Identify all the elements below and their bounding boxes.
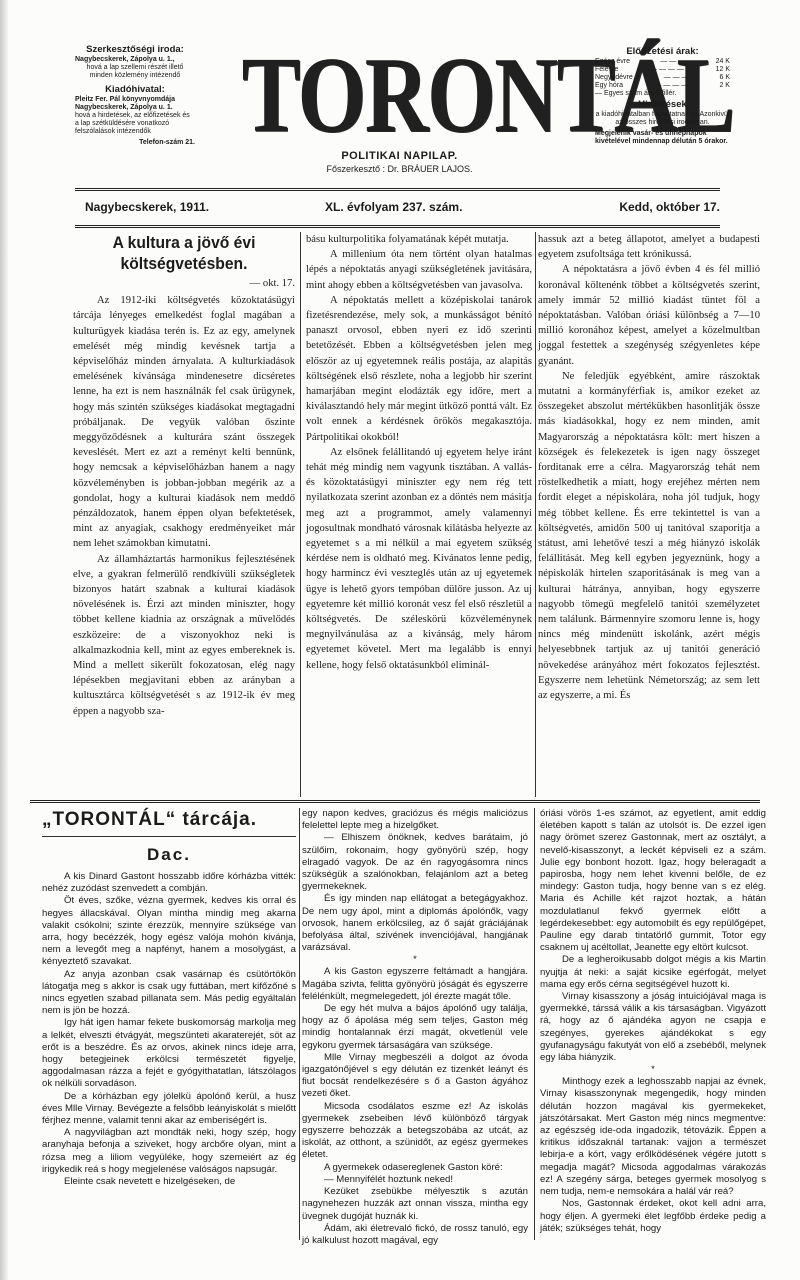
prices-heading: Előfizetési árak: [595, 45, 730, 58]
story-paragraph: Nos, Gastonnak érdeket, okot kell adni a… [540, 1198, 766, 1235]
masthead: Szerkesztőségi iroda: Nagybecskerek, Záp… [75, 40, 725, 185]
scene-separator: * [302, 954, 528, 966]
story-paragraph: A gyermekek odasereglenek Gaston köré: [302, 1162, 528, 1174]
publisher-address: Nagybecskerek, Zápolya u. 1. [75, 104, 195, 112]
feuilleton-heading: „TORONTÁL“ tárcája. [42, 808, 296, 837]
ads-heading: Hirdetések [595, 98, 730, 111]
article-paragraph: hassuk azt a beteg állapotot, amelyet a … [538, 232, 760, 262]
phone-number: Telefon-szám 21. [75, 139, 195, 147]
feuilleton-column-3: óriási vörös 1-es számot, az egyetlent, … [540, 808, 766, 1235]
story-paragraph: De egy hét mulva a bájos ápolónő ugy tal… [302, 1003, 528, 1052]
office-info-box: Szerkesztőségi iroda: Nagybecskerek, Záp… [75, 40, 195, 147]
editorial-office-note: hová a lap szellemi részét illető minden… [75, 64, 195, 80]
editor-in-chief: Főszerkesztő : Dr. BRÁUER LAJOS. [207, 164, 592, 174]
editorial-office-heading: Szerkesztőségi iroda: [75, 43, 195, 56]
price-row: Negyedévre— — —6 K [595, 74, 730, 82]
article-paragraph: Az elsőnek felállitandó uj egyetem helye… [306, 445, 532, 673]
article-column-2: básu kulturpolitika folyamatának képét m… [306, 232, 532, 673]
article-paragraph: A népoktatás mellett a középiskolai taná… [306, 293, 532, 445]
story-paragraph: Kezüket zsebükbe mélyesztik s azután nag… [302, 1186, 528, 1223]
scene-separator: * [540, 1064, 766, 1076]
article-paragraph: básu kulturpolitika folyamatának képét m… [306, 232, 532, 247]
column-divider [300, 232, 301, 797]
story-paragraph: Öt éves, szőke, vézna gyermek, kedves ki… [42, 895, 296, 968]
story-paragraph: — Elhiszem önöknek, kedves barátaim, jó … [302, 832, 528, 893]
story-title: Dac. [42, 843, 296, 867]
price-value: 12 K [716, 66, 730, 74]
price-label: Negyedévre [595, 74, 633, 82]
story-paragraph: óriási vörös 1-es számot, az egyetlent, … [540, 808, 766, 954]
price-leader: — — — [660, 58, 685, 66]
page-edge-shadow [0, 0, 8, 1280]
story-paragraph: És igy minden nap ellátogat a betegágyak… [302, 893, 528, 954]
story-paragraph: Eleinte csak nevetett e hizelgéseken, de [42, 1176, 296, 1188]
price-row: Félévre— — — —12 K [595, 66, 730, 74]
place-year: Nagybecskerek, 1911. [85, 200, 209, 214]
feuilleton-column-1: „TORONTÁL“ tárcája. Dac. A kis Dinard Ga… [42, 808, 296, 1188]
article-title: A kultura a jövő évi költségvetésben. [82, 232, 286, 274]
title-block: TORONTÁL POLITIKAI NAPILAP. Főszerkesztő… [207, 40, 592, 174]
article-paragraph: A népoktatásra a jövő évben 4 és fél mil… [538, 262, 760, 368]
column-divider [299, 808, 300, 1240]
story-paragraph: Az anyja azonban csak vasárnap és csütör… [42, 969, 296, 1018]
story-paragraph: Mlle Virnay megbeszéli a dolgot az óvoda… [302, 1052, 528, 1101]
column-divider [535, 232, 536, 797]
price-value: 2 K [719, 82, 730, 90]
publisher-heading: Kiadóhivatal: [75, 83, 195, 96]
price-value: 6 K [719, 74, 730, 82]
article-column-3: hassuk azt a beteg állapotot, amelyet a … [538, 232, 760, 703]
price-leader: — — — — [650, 66, 684, 74]
story-paragraph: A kis Gaston egyszerre feltámadt a hangj… [302, 966, 528, 1003]
subscription-info-box: Előfizetési árak: Egész évre— — —24 K Fé… [595, 45, 730, 146]
price-row: Egy hóra— — — —2 K [595, 82, 730, 90]
ads-note: a kiadóhivatalban fogadtatnak el. Azonki… [595, 111, 730, 127]
feuilleton-column-2: egy napon kedves, graciózus és mégis mal… [302, 808, 528, 1247]
article-paragraph: Ne feledjük egyébként, amire rászoktak m… [538, 369, 760, 703]
article-paragraph: Az 1912-iki költségvetés közoktatásügyi … [73, 293, 295, 551]
story-paragraph: De a kórházban egy jólelkü ápolónő kerül… [42, 1091, 296, 1128]
section-divider [30, 800, 760, 803]
column-divider [534, 808, 535, 1240]
price-leader: — — — [664, 74, 689, 82]
story-paragraph: Minthogy ezek a leghosszabb napjai az év… [540, 1076, 766, 1198]
article-paragraph: Az államháztartás harmonikus fejlesztésé… [73, 552, 295, 719]
article-date: — okt. 17. [73, 276, 295, 291]
story-paragraph: Micsoda csodálatos eszme ez! Az iskolás … [302, 1101, 528, 1162]
price-label: Félévre [595, 66, 618, 74]
story-paragraph: De a legheroikusabb dolgot mégis a kis M… [540, 954, 766, 991]
price-label: Egy hóra [595, 82, 623, 90]
story-paragraph: Virnay kisasszony a jóság intuiciójával … [540, 991, 766, 1064]
publisher-name: Pleitz Fer. Pál könyvnyomdája [75, 96, 195, 104]
dateline-bar: Nagybecskerek, 1911. XL. évfolyam 237. s… [75, 188, 720, 228]
story-paragraph: A kis Dinard Gastont hosszabb időre kórh… [42, 871, 296, 895]
publisher-note: hová a hirdetések, az előfizetések és a … [75, 112, 195, 136]
price-leader: — — — — [654, 82, 688, 90]
story-paragraph: Ádám, aki életrevaló fickó, de rossz tan… [302, 1223, 528, 1247]
price-label: Egész évre [595, 58, 630, 66]
single-copy-price: — Egyes szám ára 8 fillér. [595, 90, 730, 98]
story-paragraph: egy napon kedves, graciózus és mégis mal… [302, 808, 528, 832]
publication-schedule: Megjelenik vasár- és ünnepnapok kivételé… [595, 130, 730, 146]
story-paragraph: A nagyvilágban azt mondták neki, hogy sz… [42, 1127, 296, 1176]
price-value: 24 K [716, 58, 730, 66]
newspaper-logo: TORONTÁL [242, 46, 558, 146]
issue-date: Kedd, október 17. [619, 200, 720, 214]
article-column-1: A kultura a jövő évi költségvetésben. — … [73, 232, 295, 719]
issue-number: XL. évfolyam 237. szám. [325, 200, 462, 214]
story-paragraph: Igy hát igen hamar fekete buskomorság ma… [42, 1017, 296, 1090]
editorial-office-address: Nagybecskerek, Zápolya u. 1., [75, 56, 195, 64]
article-paragraph: A millenium óta nem történt olyan hatalm… [306, 247, 532, 293]
story-paragraph: — Mennyifélét hoztunk neked! [302, 1174, 528, 1186]
price-row: Egész évre— — —24 K [595, 58, 730, 66]
